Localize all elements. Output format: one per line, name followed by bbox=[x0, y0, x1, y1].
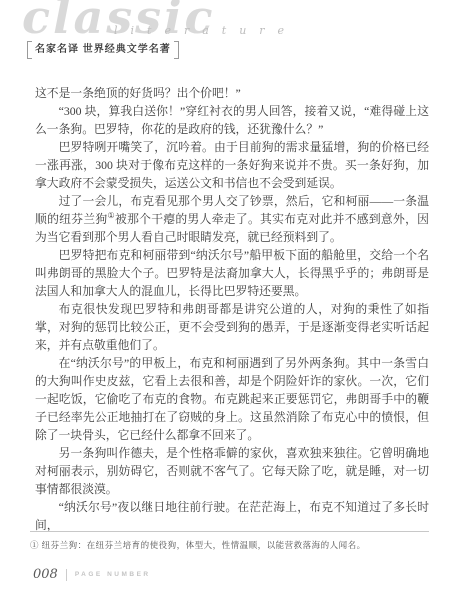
footnote-divider bbox=[30, 531, 429, 532]
page-number: 008 bbox=[33, 567, 58, 582]
masthead-script-word-secondary: literature bbox=[114, 24, 297, 37]
page-number-label: PAGE NUMBER bbox=[75, 571, 151, 578]
paragraph: 布克很快发现巴罗特和弗朗哥都是讲究公道的人，对狗的秉性了如指掌，对狗的惩罚比较公… bbox=[35, 300, 429, 354]
paragraph: “纳沃尔号”夜以继日地往前行驶。在茫茫海上，布克不知道过了多长时间， bbox=[35, 498, 429, 534]
footnote-marker: ① bbox=[108, 211, 115, 220]
right-bracket-decoration bbox=[174, 41, 179, 59]
footer-divider bbox=[66, 569, 67, 581]
masthead-script-word: classic bbox=[22, 0, 216, 44]
page-footer: 008 PAGE NUMBER bbox=[33, 567, 151, 582]
series-badge: 名家名译 世界经典文学名著 bbox=[27, 41, 179, 59]
book-page: classic literature 名家名译 世界经典文学名著 这不是一条绝顶… bbox=[0, 0, 450, 600]
series-badge-label: 名家名译 世界经典文学名著 bbox=[32, 42, 174, 58]
paragraph: 巴罗特把布克和柯丽带到“纳沃尔号”船甲板下面的船舱里，交给一个名叫弗朗哥的黑脸大… bbox=[35, 246, 429, 300]
paragraph: 巴罗特咧开嘴笑了，沉吟着。由于目前狗的需求量猛增，狗的价格已经一涨再涨，300 … bbox=[35, 138, 429, 192]
body-text: 这不是一条绝顶的好货吗？出个价吧！”“300 块，算我白送你！”穿红衬衣的男人回… bbox=[35, 84, 429, 534]
paragraph: 在“纳沃尔号”的甲板上，布克和柯丽遇到了另外两条狗。其中一条雪白的大狗叫作史皮兹… bbox=[35, 354, 429, 444]
paragraph: 另一条狗叫作德夫，是个性格乖僻的家伙，喜欢独来独往。它曾明确地对柯丽表示，别妨碍… bbox=[35, 444, 429, 498]
paragraph: 过了一会儿，布克看见那个男人交了钞票，然后，它和柯丽——一条温顺的纽芬兰狗①被那… bbox=[35, 192, 429, 246]
footnote-text: ① 纽芬兰狗：在纽芬兰培育的使役狗，体型大，性情温顺，以能营救落海的人闻名。 bbox=[30, 539, 430, 551]
paragraph: 这不是一条绝顶的好货吗？出个价吧！” bbox=[35, 84, 429, 102]
paragraph: “300 块，算我白送你！”穿红衬衣的男人回答，接着又说，“难得碰上这么一条狗。… bbox=[35, 102, 429, 138]
